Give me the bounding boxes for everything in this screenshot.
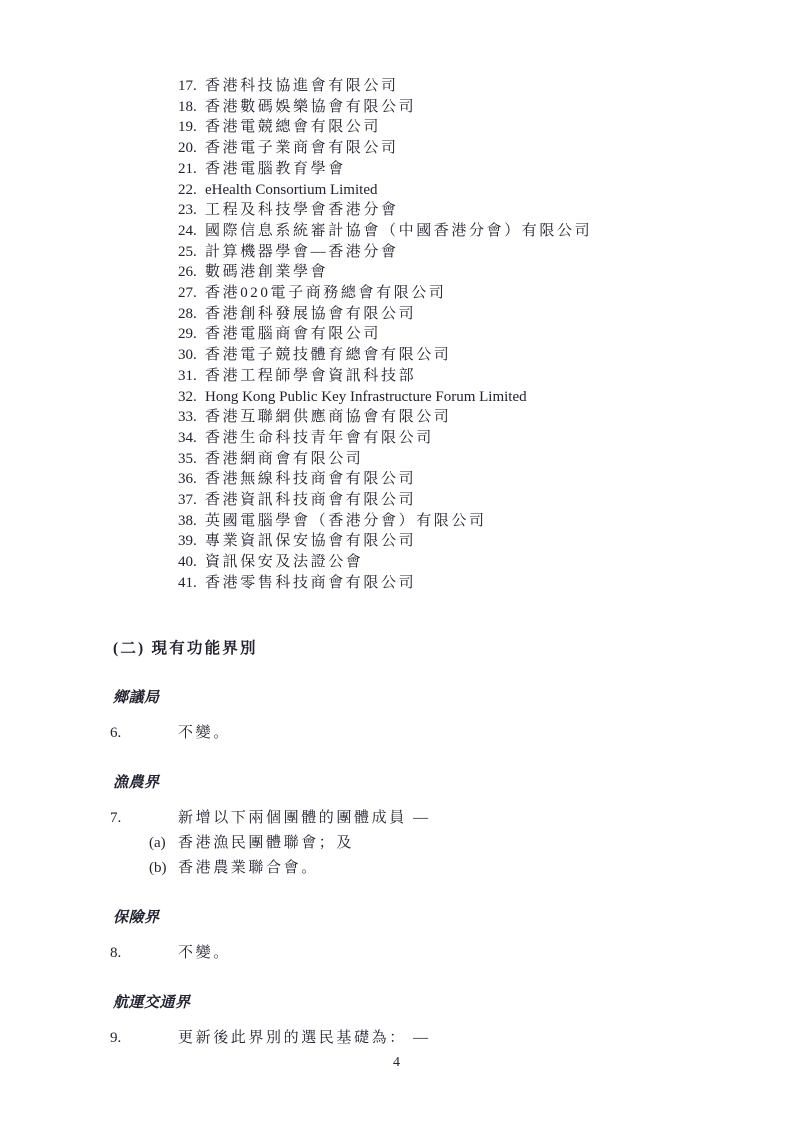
org-list-item: 17. 香港科技協進會有限公司 <box>178 76 753 97</box>
subitem-marker: (a) <box>149 835 178 852</box>
org-list-item: 28. 香港創科發展協會有限公司 <box>178 304 753 325</box>
org-item-name: 香港網商會有限公司 <box>205 449 363 470</box>
page-number: 4 <box>0 1055 793 1071</box>
org-list-item: 36. 香港無線科技商會有限公司 <box>178 469 753 490</box>
org-item-number: 21. <box>178 159 205 180</box>
subitem-marker: (b) <box>149 860 178 877</box>
org-list-item: 33. 香港互聯網供應商協會有限公司 <box>178 407 753 428</box>
org-item-name: 香港電腦教育學會 <box>205 159 346 180</box>
subitem: (a)香港漁民團體聯會；及 <box>0 835 793 852</box>
subitem-text: 香港漁民團體聯會；及 <box>178 835 354 852</box>
org-item-name: 香港020電子商務總會有限公司 <box>205 283 447 304</box>
org-item-number: 35. <box>178 449 205 470</box>
para: 7.新增以下兩個團體的團體成員 — <box>0 810 793 827</box>
org-item-number: 39. <box>178 531 205 552</box>
org-list-item: 32. Hong Kong Public Key Infrastructure … <box>178 387 753 408</box>
org-item-number: 17. <box>178 76 205 97</box>
subheading: 保險界 <box>113 910 793 926</box>
org-item-number: 28. <box>178 304 205 325</box>
paragraph-number: 7. <box>110 810 178 827</box>
org-list-item: 21. 香港電腦教育學會 <box>178 159 753 180</box>
org-item-name: 香港生命科技青年會有限公司 <box>205 428 434 449</box>
org-item-number: 18. <box>178 97 205 118</box>
org-item-name: 香港資訊科技商會有限公司 <box>205 490 416 511</box>
org-list-item: 34. 香港生命科技青年會有限公司 <box>178 428 753 449</box>
subitem-text: 香港農業聯合會。 <box>178 860 319 877</box>
paragraph-number: 8. <box>110 945 178 962</box>
org-item-number: 33. <box>178 407 205 428</box>
org-item-name: 香港無線科技商會有限公司 <box>205 469 416 490</box>
para: 9.更新後此界別的選民基礎為： — <box>0 1030 793 1047</box>
org-item-number: 41. <box>178 573 205 594</box>
document-page: 17. 香港科技協進會有限公司 18. 香港數碼娛樂協會有限公司 19. 香港電… <box>0 0 793 1122</box>
org-item-number: 22. <box>178 180 205 201</box>
org-item-name: 香港電腦商會有限公司 <box>205 324 381 345</box>
org-list-item: 27. 香港020電子商務總會有限公司 <box>178 283 753 304</box>
org-list-item: 22. eHealth Consortium Limited <box>178 180 753 201</box>
para: 6.不變。 <box>0 725 793 742</box>
org-item-number: 36. <box>178 469 205 490</box>
org-item-name: 計算機器學會—香港分會 <box>205 242 399 263</box>
org-list-item: 30. 香港電子競技體育總會有限公司 <box>178 345 753 366</box>
org-item-number: 25. <box>178 242 205 263</box>
org-item-name: Hong Kong Public Key Infrastructure Foru… <box>205 387 527 408</box>
paragraph-number: 9. <box>110 1030 178 1047</box>
org-list-item: 31. 香港工程師學會資訊科技部 <box>178 366 753 387</box>
subheading: 航運交通界 <box>113 995 793 1011</box>
org-item-name: 數碼港創業學會 <box>205 262 328 283</box>
org-list-item: 24. 國際信息系統審計協會（中國香港分會）有限公司 <box>178 221 753 242</box>
org-item-name: 香港科技協進會有限公司 <box>205 76 399 97</box>
org-list-item: 41. 香港零售科技商會有限公司 <box>178 573 753 594</box>
org-item-number: 27. <box>178 283 205 304</box>
org-item-name: 香港電子業商會有限公司 <box>205 138 399 159</box>
org-item-name: eHealth Consortium Limited <box>205 180 377 201</box>
org-list: 17. 香港科技協進會有限公司 18. 香港數碼娛樂協會有限公司 19. 香港電… <box>178 76 753 594</box>
org-item-number: 26. <box>178 262 205 283</box>
subheading: 鄉議局 <box>113 690 793 706</box>
org-item-name: 香港數碼娛樂協會有限公司 <box>205 97 416 118</box>
org-item-number: 24. <box>178 221 205 242</box>
org-list-item: 37. 香港資訊科技商會有限公司 <box>178 490 753 511</box>
org-item-number: 38. <box>178 511 205 532</box>
org-list-item: 40. 資訊保安及法證公會 <box>178 552 753 573</box>
org-item-number: 19. <box>178 117 205 138</box>
subheading: 漁農界 <box>113 775 793 791</box>
org-item-number: 40. <box>178 552 205 573</box>
org-item-number: 34. <box>178 428 205 449</box>
para: 8.不變。 <box>0 945 793 962</box>
org-item-number: 37. <box>178 490 205 511</box>
paragraph-text: 不變。 <box>178 945 231 962</box>
org-list-item: 25. 計算機器學會—香港分會 <box>178 242 753 263</box>
org-item-number: 31. <box>178 366 205 387</box>
org-item-name: 香港互聯網供應商協會有限公司 <box>205 407 451 428</box>
org-list-item: 39. 專業資訊保安協會有限公司 <box>178 531 753 552</box>
org-item-name: 專業資訊保安協會有限公司 <box>205 531 416 552</box>
org-list-item: 35. 香港網商會有限公司 <box>178 449 753 470</box>
org-item-number: 20. <box>178 138 205 159</box>
org-item-name: 香港零售科技商會有限公司 <box>205 573 416 594</box>
org-list-item: 20. 香港電子業商會有限公司 <box>178 138 753 159</box>
org-item-name: 香港工程師學會資訊科技部 <box>205 366 416 387</box>
paragraph-number: 6. <box>110 725 178 742</box>
paragraph-text: 新增以下兩個團體的團體成員 — <box>178 810 431 827</box>
org-item-number: 23. <box>178 200 205 221</box>
org-list-item: 19. 香港電競總會有限公司 <box>178 117 753 138</box>
org-item-number: 29. <box>178 324 205 345</box>
org-item-name: 國際信息系統審計協會（中國香港分會）有限公司 <box>205 221 592 242</box>
org-item-number: 30. <box>178 345 205 366</box>
org-item-name: 香港創科發展協會有限公司 <box>205 304 416 325</box>
org-item-name: 香港電子競技體育總會有限公司 <box>205 345 451 366</box>
subitem: (b)香港農業聯合會。 <box>0 860 793 877</box>
org-item-number: 32. <box>178 387 205 408</box>
paragraph-text: 不變。 <box>178 725 231 742</box>
paragraph-text: 更新後此界別的選民基礎為： — <box>178 1030 431 1047</box>
org-item-name: 英國電腦學會（香港分會）有限公司 <box>205 511 487 532</box>
org-item-name: 工程及科技學會香港分會 <box>205 200 399 221</box>
org-item-name: 香港電競總會有限公司 <box>205 117 381 138</box>
section-heading: (二) 現有功能界別 <box>113 640 793 657</box>
body-blocks: (二) 現有功能界別鄉議局6.不變。漁農界7.新增以下兩個團體的團體成員 —(a… <box>0 640 793 1047</box>
org-list-item: 38. 英國電腦學會（香港分會）有限公司 <box>178 511 753 532</box>
org-list-item: 23. 工程及科技學會香港分會 <box>178 200 753 221</box>
org-list-item: 26. 數碼港創業學會 <box>178 262 753 283</box>
org-list-item: 29. 香港電腦商會有限公司 <box>178 324 753 345</box>
org-item-name: 資訊保安及法證公會 <box>205 552 363 573</box>
org-list-item: 18. 香港數碼娛樂協會有限公司 <box>178 97 753 118</box>
